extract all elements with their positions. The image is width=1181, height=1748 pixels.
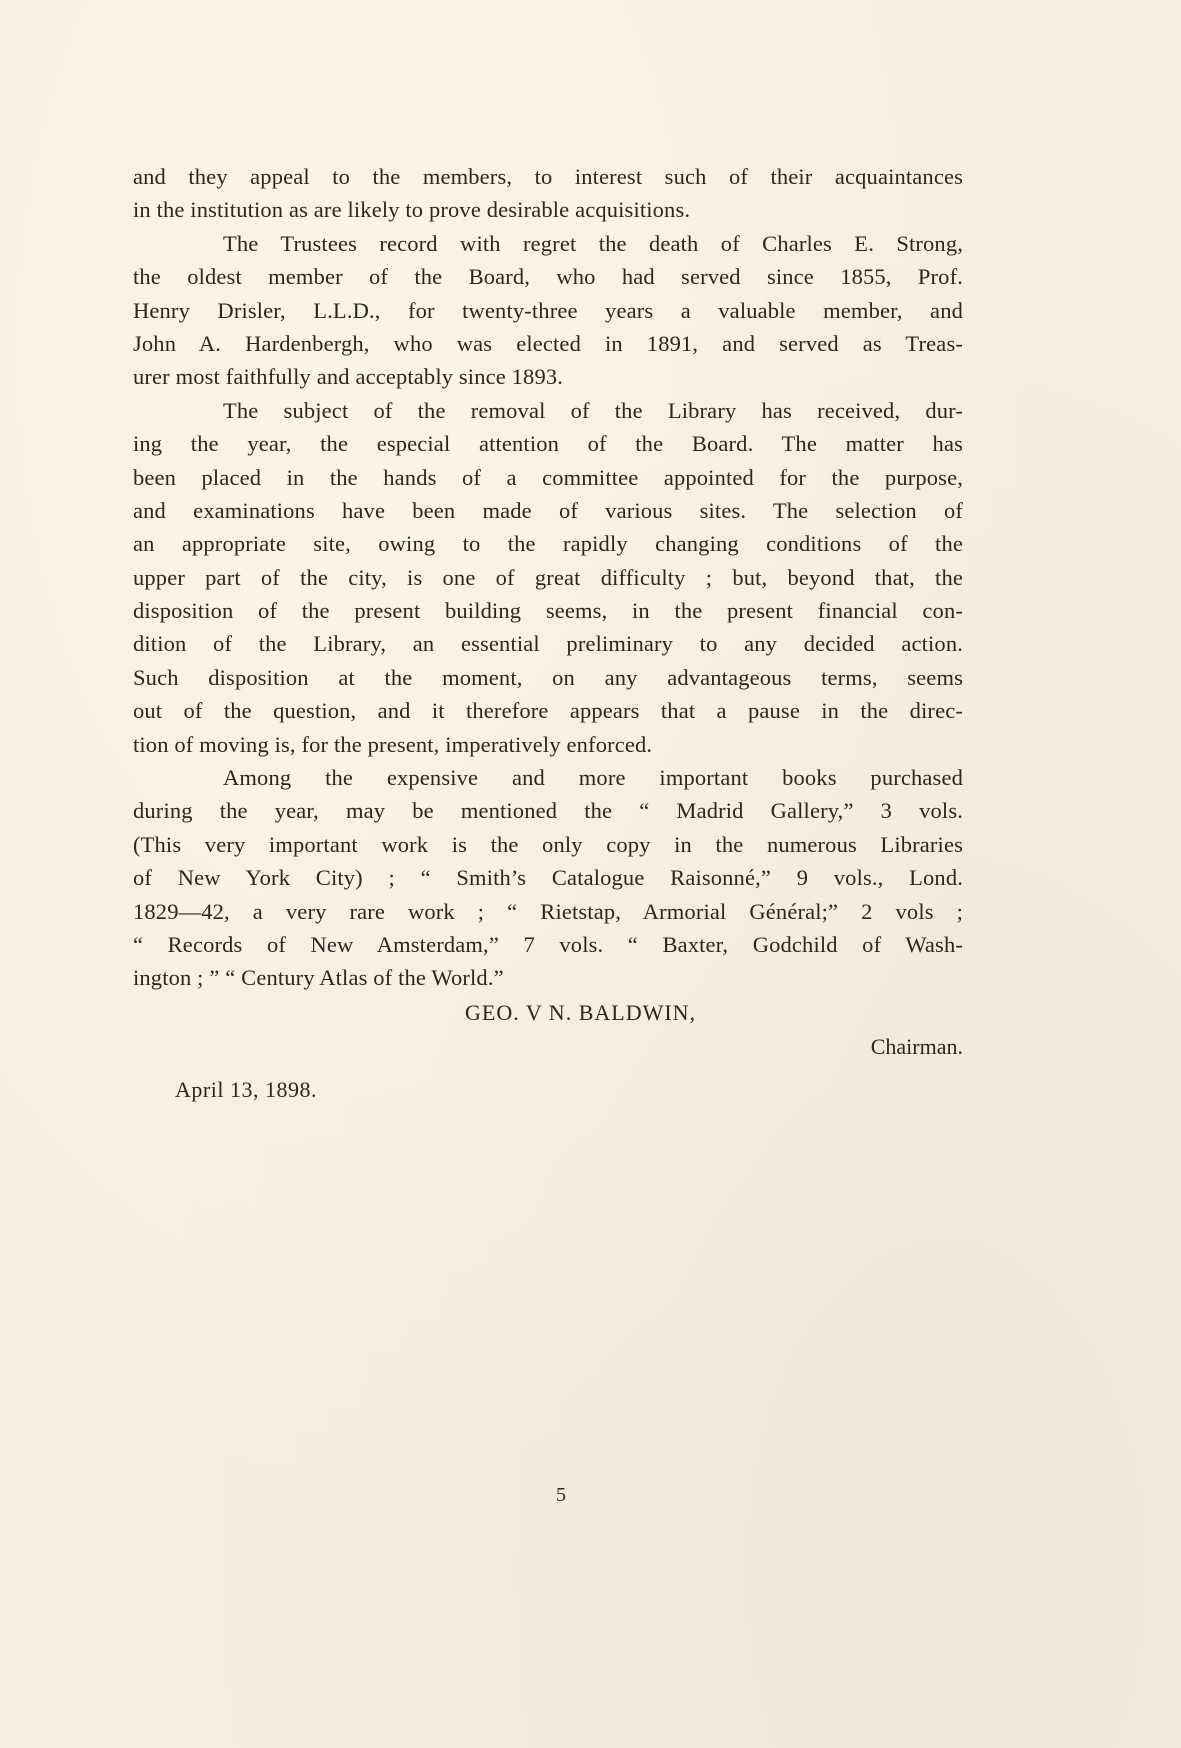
paragraph-4-line-5: 1829—42, a very rare work ; “ Rietstap, … — [133, 895, 963, 928]
paragraph-3-line-8: dition of the Library, an essential prel… — [133, 627, 963, 660]
paragraph-4-line-1: Among the expensive and more important b… — [133, 761, 963, 794]
signature-name: GEO. V N. BALDWIN, — [465, 1000, 696, 1026]
paragraph-4-line-6: “ Records of New Amsterdam,” 7 vols. “ B… — [133, 928, 963, 961]
paragraph-4-line-3: (This very important work is the only co… — [133, 828, 963, 861]
paragraph-3-line-11: tion of moving is, for the present, impe… — [133, 728, 963, 761]
paragraph-2-line-3: Henry Drisler, L.L.D., for twenty-three … — [133, 294, 963, 327]
paragraph-2-line-5: urer most faithfully and acceptably sinc… — [133, 360, 963, 393]
document-date: April 13, 1898. — [175, 1077, 317, 1103]
paragraph-3-line-3: been placed in the hands of a committee … — [133, 461, 963, 494]
paragraph-3-line-1: The subject of the removal of the Librar… — [133, 394, 963, 427]
paragraph-3-line-10: out of the question, and it therefore ap… — [133, 694, 963, 727]
paragraph-2-line-4: John A. Hardenbergh, who was elected in … — [133, 327, 963, 360]
body-text: and they appeal to the members, to inter… — [133, 160, 963, 995]
paragraph-3-line-6: upper part of the city, is one of great … — [133, 561, 963, 594]
paragraph-4-line-4: of New York City) ; “ Smith’s Catalogue … — [133, 861, 963, 894]
paragraph-3-line-2: ing the year, the especial attention of … — [133, 427, 963, 460]
page-number: 5 — [556, 1484, 566, 1507]
paragraph-3-line-7: disposition of the present building seem… — [133, 594, 963, 627]
paragraph-4-line-2: during the year, may be mentioned the “ … — [133, 794, 963, 827]
paragraph-1-line-2: in the institution as are likely to prov… — [133, 193, 963, 226]
paragraph-2-line-1: The Trustees record with regret the deat… — [133, 227, 963, 260]
paragraph-4-line-7: ington ; ” “ Century Atlas of the World.… — [133, 961, 963, 994]
paragraph-3-line-4: and examinations have been made of vario… — [133, 494, 963, 527]
paragraph-3-line-9: Such disposition at the moment, on any a… — [133, 661, 963, 694]
paragraph-3-line-5: an appropriate site, owing to the rapidl… — [133, 527, 963, 560]
signature-title: Chairman. — [871, 1034, 963, 1060]
paragraph-2-line-2: the oldest member of the Board, who had … — [133, 260, 963, 293]
document-page: and they appeal to the members, to inter… — [0, 0, 1181, 1748]
paragraph-1-line-1: and they appeal to the members, to inter… — [133, 160, 963, 193]
